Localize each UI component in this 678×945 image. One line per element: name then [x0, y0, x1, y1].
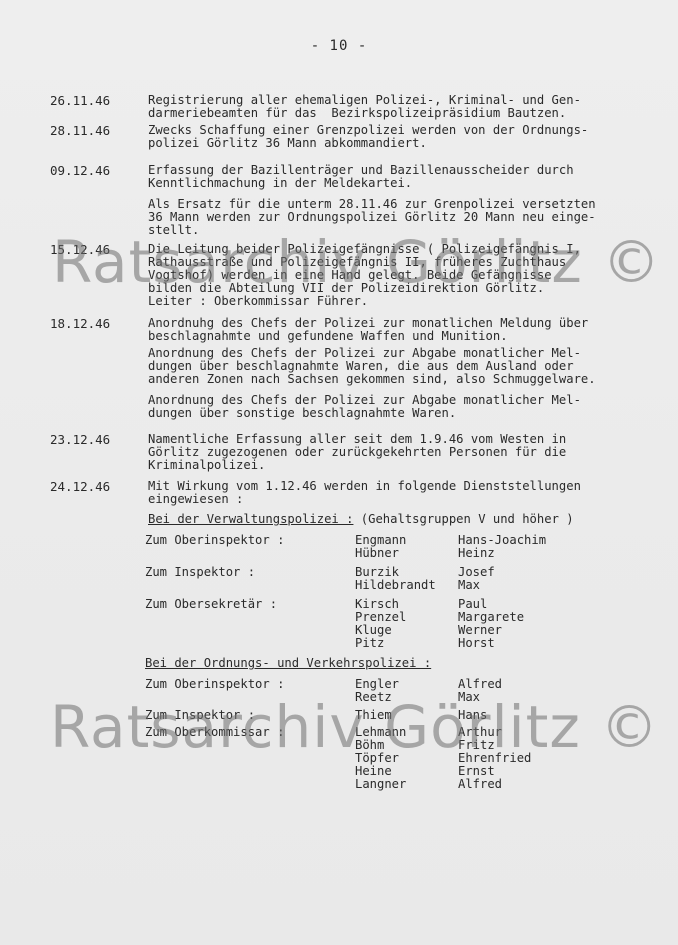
- surname-list: Kirsch Prenzel Kluge Pitz: [355, 598, 406, 650]
- rank-label: Zum Oberinspektor :: [145, 534, 284, 547]
- section-heading-text: Bei der Ordnungs- und Verkehrspolizei :: [145, 656, 431, 670]
- entry-text: Mit Wirkung vom 1.12.46 werden in folgen…: [148, 480, 648, 506]
- surname-list: Engler Reetz: [355, 678, 399, 704]
- entry-text: Erfassung der Bazillenträger und Bazille…: [148, 164, 648, 190]
- entry-date: 18.12.46: [50, 317, 140, 330]
- entry-text: Anordnuhg des Chefs der Polizei zur mona…: [148, 317, 648, 343]
- firstname-list: Alfred Max: [458, 678, 502, 704]
- rank-label: Zum Inspektor :: [145, 709, 255, 722]
- section-heading-verwaltungspolizei: Bei der Verwaltungspolizei : (Gehaltsgru…: [148, 513, 574, 526]
- page-number: - 10 -: [0, 38, 678, 54]
- document-page: - 10 - 26.11.46 Registrierung aller ehem…: [0, 0, 678, 945]
- entry-text: Namentliche Erfassung aller seit dem 1.9…: [148, 433, 648, 472]
- entry-date: 09.12.46: [50, 164, 140, 177]
- section-heading-note: (Gehaltsgruppen V und höher ): [353, 512, 573, 526]
- surname-list: Thiem: [355, 709, 392, 722]
- firstname-list: Arthur Fritz Ehrenfried Ernst Alfred: [458, 726, 531, 791]
- entry-date: 26.11.46: [50, 94, 140, 107]
- firstname-list: Josef Max: [458, 566, 495, 592]
- entry-text: Die Leitung beider Polizeigefängnisse ( …: [148, 243, 648, 308]
- section-heading-ordnungspolizei: Bei der Ordnungs- und Verkehrspolizei :: [145, 657, 431, 670]
- entry-date: 15.12.46: [50, 243, 140, 256]
- entry-date: 24.12.46: [50, 480, 140, 493]
- entry-text: Zwecks Schaffung einer Grenzpolizei werd…: [148, 124, 648, 150]
- entry-date: 23.12.46: [50, 433, 140, 446]
- section-heading-text: Bei der Verwaltungspolizei :: [148, 512, 353, 526]
- firstname-list: Paul Margarete Werner Horst: [458, 598, 524, 650]
- firstname-list: Hans-Joachim Heinz: [458, 534, 546, 560]
- entry-date: 28.11.46: [50, 124, 140, 137]
- rank-label: Zum Oberkommissar :: [145, 726, 284, 739]
- rank-label: Zum Oberinspektor :: [145, 678, 284, 691]
- firstname-list: Hans: [458, 709, 487, 722]
- entry-text: Anordnung des Chefs der Polizei zur Abga…: [148, 394, 648, 420]
- rank-label: Zum Obersekretär :: [145, 598, 277, 611]
- entry-text: Als Ersatz für die unterm 28.11.46 zur G…: [148, 198, 648, 237]
- surname-list: Burzik Hildebrandt: [355, 566, 436, 592]
- entry-text: Anordnung des Chefs der Polizei zur Abga…: [148, 347, 648, 386]
- entry-text: Registrierung aller ehemaligen Polizei-,…: [148, 94, 648, 120]
- surname-list: Engmann Hübner: [355, 534, 406, 560]
- surname-list: Lehmann Böhm Töpfer Heine Langner: [355, 726, 406, 791]
- rank-label: Zum Inspektor :: [145, 566, 255, 579]
